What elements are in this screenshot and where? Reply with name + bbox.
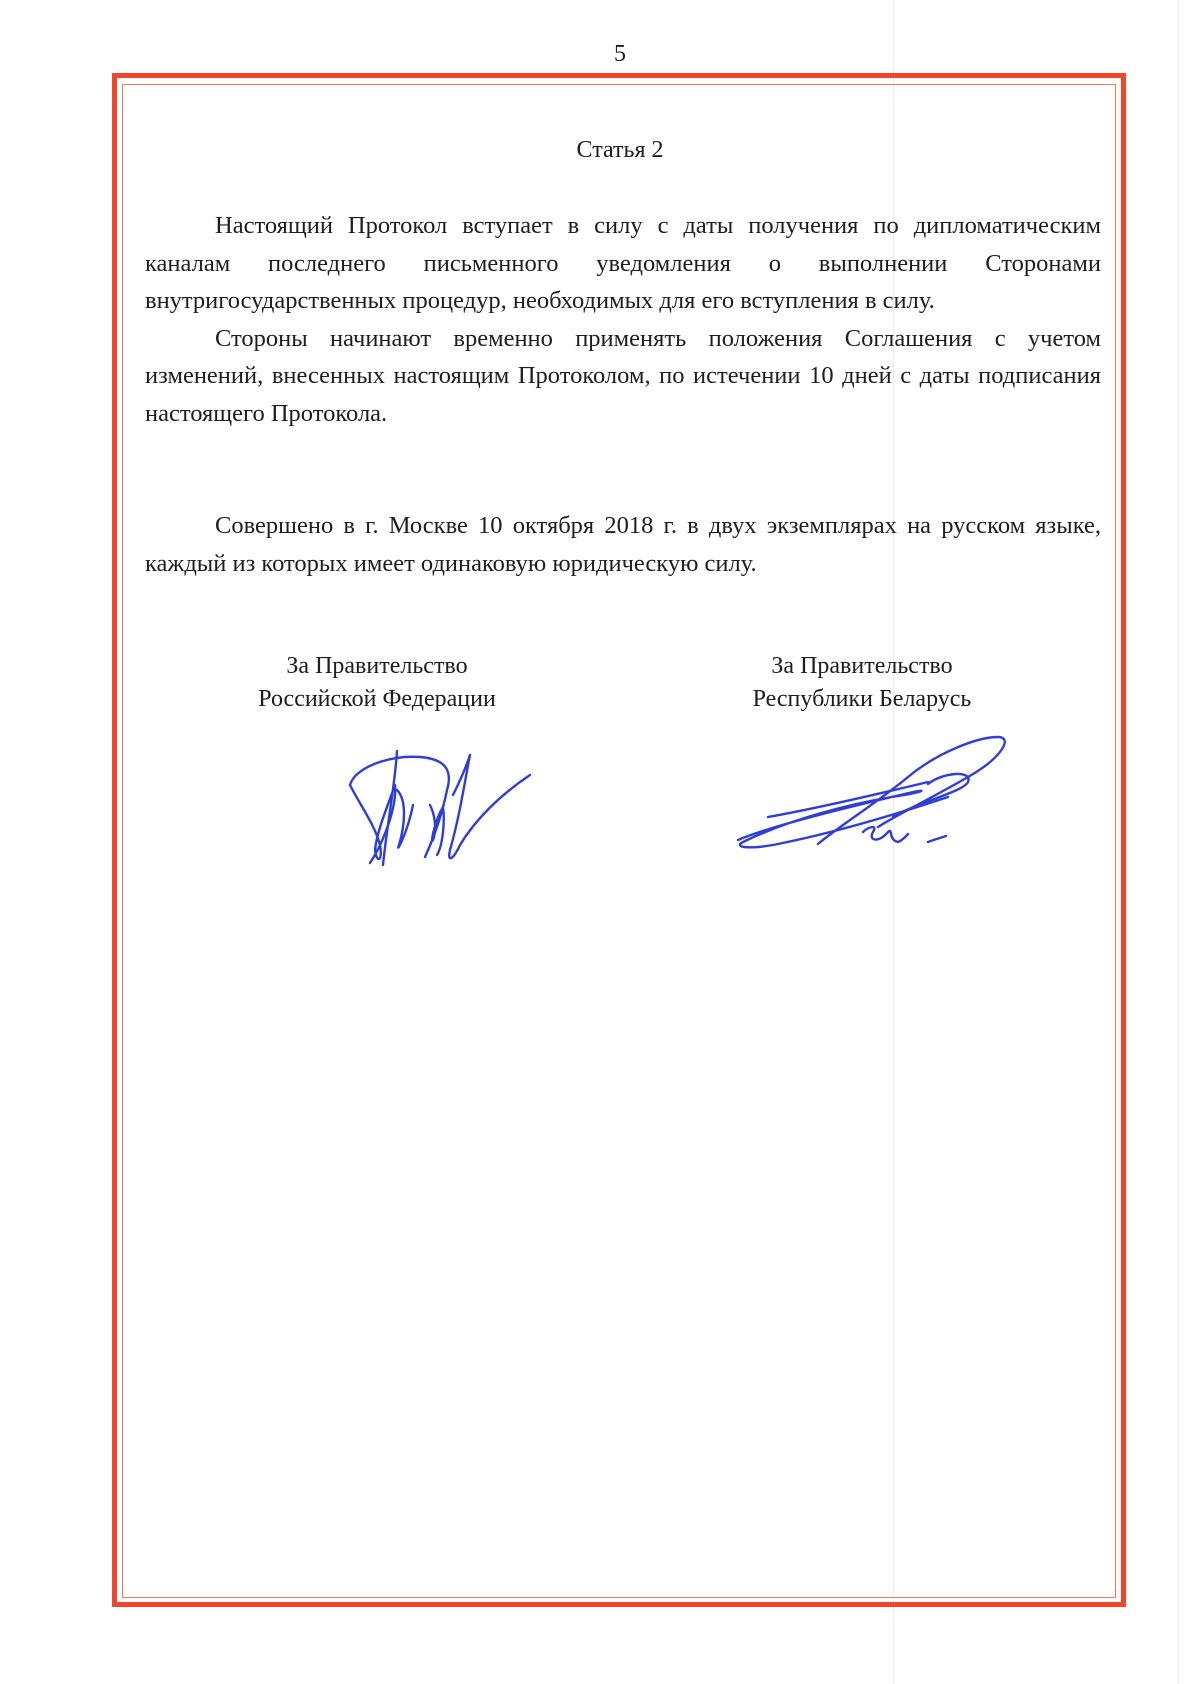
article-paragraph-entry-into-force: Настоящий Протокол вступает в силу с дат… bbox=[145, 207, 1101, 320]
signatory-belarus: За Правительство Республики Беларусь bbox=[662, 650, 1062, 716]
article-heading: Статья 2 bbox=[0, 135, 1190, 165]
page-number: 5 bbox=[0, 40, 1190, 68]
signatory-label: За Правительство bbox=[177, 650, 577, 683]
article-paragraph-provisional-application: Стороны начинают временно применять поло… bbox=[145, 320, 1101, 433]
signature-belarus-icon bbox=[728, 732, 1018, 857]
scan-artifact-line bbox=[1178, 0, 1179, 1684]
signatory-label: За Правительство bbox=[662, 650, 1062, 683]
signatory-russia: За Правительство Российской Федерации bbox=[177, 650, 577, 716]
signatory-country: Российской Федерации bbox=[177, 683, 577, 716]
closing-paragraph: Совершено в г. Москве 10 октября 2018 г.… bbox=[145, 507, 1101, 582]
article-body: Настоящий Протокол вступает в силу с дат… bbox=[145, 207, 1101, 432]
closing-block: Совершено в г. Москве 10 октября 2018 г.… bbox=[145, 507, 1101, 582]
signature-russia-icon bbox=[335, 745, 535, 875]
signatory-country: Республики Беларусь bbox=[662, 683, 1062, 716]
